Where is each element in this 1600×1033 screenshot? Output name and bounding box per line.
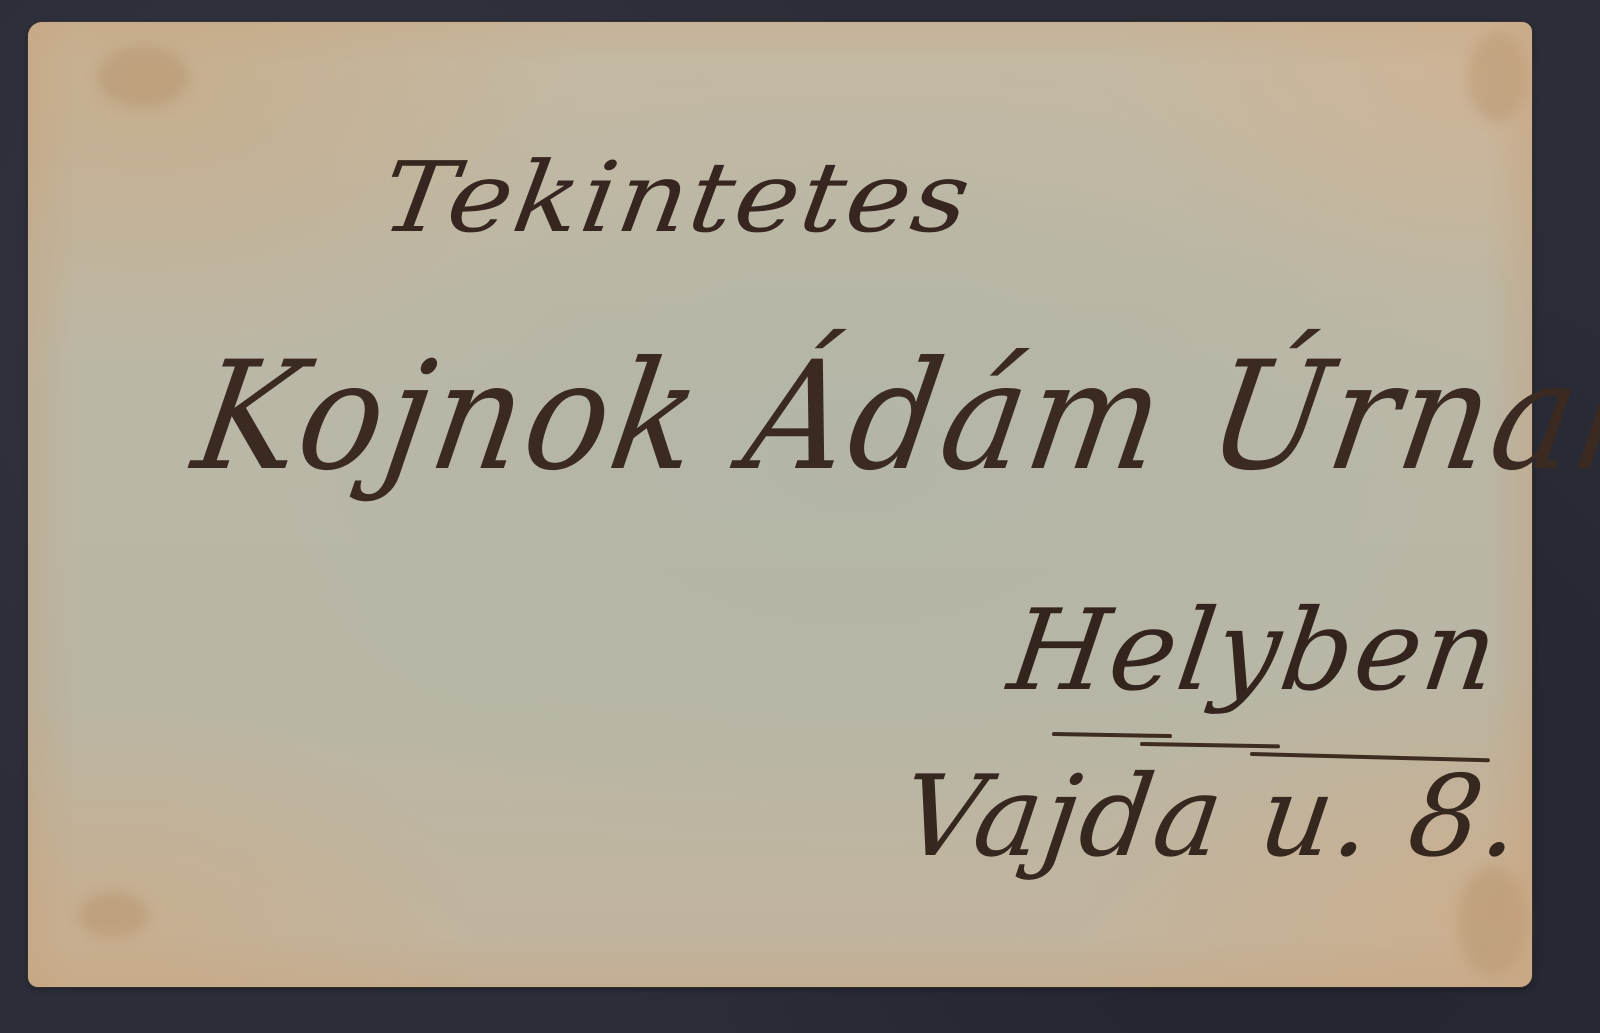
address-street: Vajda u. 8.: [894, 752, 1531, 882]
paper-stain: [78, 892, 148, 937]
paper-stain: [1458, 867, 1528, 977]
address-locality: Helyben: [1002, 586, 1507, 716]
paper-stain: [1468, 32, 1528, 122]
address-recipient: Kojnok Ádám Úrnak: [184, 330, 1600, 504]
paper-stain: [98, 47, 188, 107]
address-salutation: Tekintetes: [374, 142, 979, 255]
